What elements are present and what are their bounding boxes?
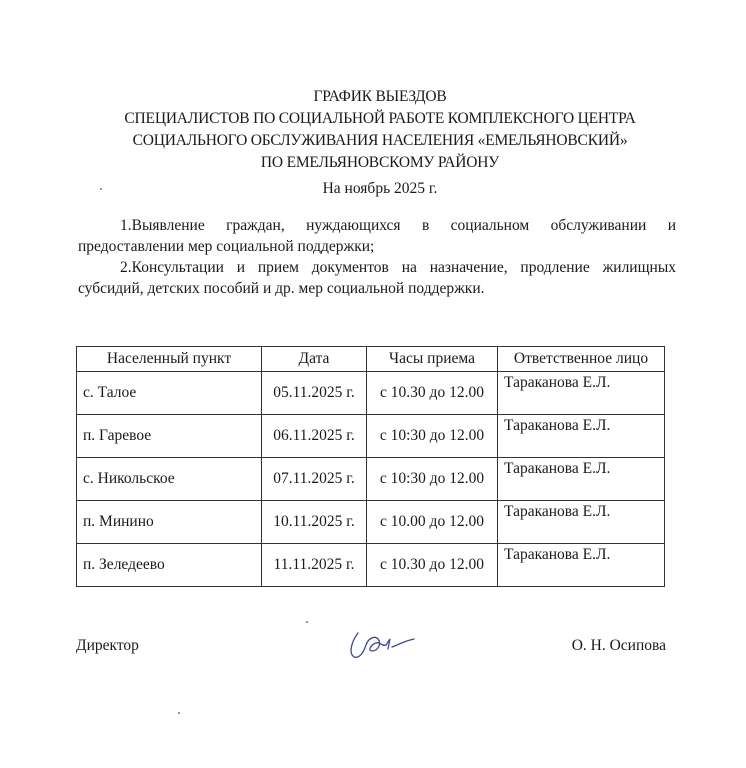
table-header-row: Населенный пункт Дата Часы приема Ответс… — [77, 347, 665, 372]
cell-hours: с 10.30 до 12.00 — [367, 544, 498, 587]
table-row: п. Гаревое 06.11.2025 г. с 10:30 до 12.0… — [77, 415, 665, 458]
header-person: Ответственное лицо — [498, 347, 665, 372]
cell-date: 06.11.2025 г. — [262, 415, 367, 458]
signatory-position: Директор — [76, 637, 139, 655]
cell-place: п. Зеледеево — [77, 544, 262, 587]
cell-hours: с 10:30 до 12.00 — [367, 415, 498, 458]
title-line: ГРАФИК ВЫЕЗДОВ — [60, 86, 700, 108]
cell-person: Тараканова Е.Л. — [498, 458, 665, 501]
cell-date: 10.11.2025 г. — [262, 501, 367, 544]
cell-date: 11.11.2025 г. — [262, 544, 367, 587]
title-line: СОЦИАЛЬНОГО ОБСЛУЖИВАНИЯ НАСЕЛЕНИЯ «ЕМЕЛ… — [60, 130, 700, 152]
table-row: п. Зеледеево 11.11.2025 г. с 10.30 до 12… — [77, 544, 665, 587]
cell-date: 05.11.2025 г. — [262, 372, 367, 415]
cell-place: п. Гаревое — [77, 415, 262, 458]
header-date: Дата — [262, 347, 367, 372]
cell-place: с. Талое — [77, 372, 262, 415]
cell-person: Тараканова Е.Л. — [498, 372, 665, 415]
header-place: Населенный пункт — [77, 347, 262, 372]
cell-hours: с 10:30 до 12.00 — [367, 458, 498, 501]
cell-hours: с 10.00 до 12.00 — [367, 501, 498, 544]
scan-speck — [306, 621, 308, 623]
scan-speck — [100, 188, 102, 190]
table-row: п. Минино 10.11.2025 г. с 10.00 до 12.00… — [77, 501, 665, 544]
period: На ноябрь 2025 г. — [60, 180, 700, 198]
services-list: 1.Выявление граждан, нуждающихся в социа… — [78, 215, 676, 299]
cell-hours: с 10.30 до 12.00 — [367, 372, 498, 415]
cell-place: с. Никольское — [77, 458, 262, 501]
title-line: СПЕЦИАЛИСТОВ ПО СОЦИАЛЬНОЙ РАБОТЕ КОМПЛЕ… — [60, 108, 700, 130]
table-row: с. Талое 05.11.2025 г. с 10.30 до 12.00 … — [77, 372, 665, 415]
service-item: 2.Консультации и прием документов на наз… — [78, 257, 676, 299]
scan-speck — [178, 712, 180, 714]
header-hours: Часы приема — [367, 347, 498, 372]
cell-person: Тараканова Е.Л. — [498, 544, 665, 587]
service-item: 1.Выявление граждан, нуждающихся в социа… — [78, 215, 676, 257]
schedule-table: Населенный пункт Дата Часы приема Ответс… — [76, 346, 665, 587]
signatory-name: О. Н. Осипова — [572, 637, 666, 655]
title-line: ПО ЕМЕЛЬЯНОВСКОМУ РАЙОНУ — [60, 152, 700, 174]
cell-date: 07.11.2025 г. — [262, 458, 367, 501]
document-title: ГРАФИК ВЫЕЗДОВ СПЕЦИАЛИСТОВ ПО СОЦИАЛЬНО… — [60, 86, 700, 174]
cell-place: п. Минино — [77, 501, 262, 544]
cell-person: Тараканова Е.Л. — [498, 415, 665, 458]
cell-person: Тараканова Е.Л. — [498, 501, 665, 544]
table-row: с. Никольское 07.11.2025 г. с 10:30 до 1… — [77, 458, 665, 501]
handwritten-signature-icon — [344, 625, 424, 665]
